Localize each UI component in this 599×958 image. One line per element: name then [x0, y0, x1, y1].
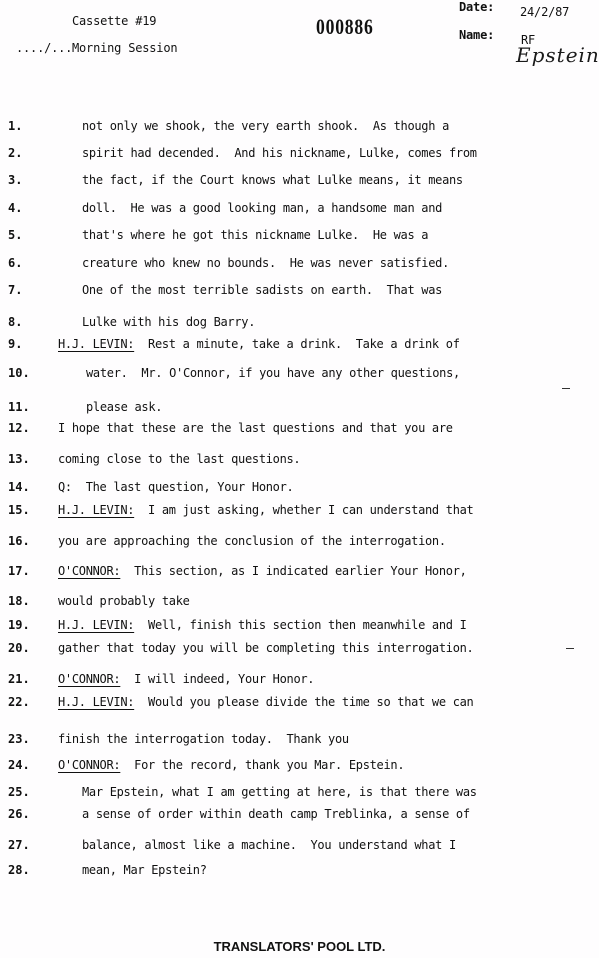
- line-content: O'CONNOR: For the record, thank you Mar.…: [58, 758, 404, 772]
- line-text: mean, Mar Epstein?: [82, 863, 207, 877]
- transcript-line: 15.H.J. LEVIN: I am just asking, whether…: [0, 503, 599, 523]
- line-number: 16.: [8, 534, 30, 548]
- transcript-line: 25.Mar Epstein, what I am getting at her…: [0, 785, 599, 805]
- speaker-name: H.J. LEVIN:: [58, 695, 134, 709]
- line-number: 1.: [8, 119, 22, 133]
- date-value: 24/2/87: [520, 5, 569, 19]
- line-content: H.J. LEVIN: Rest a minute, take a drink.…: [58, 337, 460, 351]
- session-prefix: ..../...: [16, 41, 72, 55]
- line-content: the fact, if the Court knows what Lulke …: [82, 173, 463, 187]
- line-text: Well, finish this section then meanwhile…: [134, 618, 466, 632]
- line-content: you are approaching the conclusion of th…: [58, 534, 446, 548]
- line-number: 17.: [8, 564, 30, 578]
- transcript-line: 21.O'CONNOR: I will indeed, Your Honor.: [0, 672, 599, 692]
- line-text: This section, as I indicated earlier You…: [120, 564, 466, 578]
- line-content: finish the interrogation today. Thank yo…: [58, 732, 349, 746]
- speaker-name: O'CONNOR:: [58, 564, 120, 578]
- line-text: not only we shook, the very earth shook.…: [82, 119, 449, 133]
- line-content: I hope that these are the last questions…: [58, 421, 453, 435]
- speaker-name: O'CONNOR:: [58, 672, 120, 686]
- line-number: 14.: [8, 480, 30, 494]
- handwritten-signature: Epstein: [516, 43, 599, 67]
- line-content: that's where he got this nickname Lulke.…: [82, 228, 428, 242]
- line-number: 21.: [8, 672, 30, 686]
- transcript-line: 9.H.J. LEVIN: Rest a minute, take a drin…: [0, 337, 599, 357]
- date-label: Date:: [459, 0, 494, 14]
- line-text: gather that today you will be completing…: [58, 641, 473, 655]
- transcript-line: 14.Q: The last question, Your Honor.: [0, 480, 599, 500]
- transcript-line: 8.Lulke with his dog Barry.: [0, 315, 599, 335]
- line-number: 8.: [8, 315, 22, 329]
- speaker-name: O'CONNOR:: [58, 758, 120, 772]
- line-number: 13.: [8, 452, 30, 466]
- speaker-name: H.J. LEVIN:: [58, 503, 134, 517]
- line-number: 20.: [8, 641, 30, 655]
- line-number: 10.: [8, 366, 30, 380]
- transcript-line: 18.would probably take: [0, 594, 599, 614]
- line-content: not only we shook, the very earth shook.…: [82, 119, 449, 133]
- transcript-line: 6.creature who knew no bounds. He was ne…: [0, 256, 599, 276]
- line-number: 23.: [8, 732, 30, 746]
- line-text: For the record, thank you Mar. Epstein.: [120, 758, 404, 772]
- line-text: that's where he got this nickname Lulke.…: [82, 228, 428, 242]
- line-number: 11.: [8, 400, 30, 414]
- transcript-line: 11.please ask.: [0, 400, 599, 420]
- line-content: O'CONNOR: This section, as I indicated e…: [58, 564, 467, 578]
- line-text: creature who knew no bounds. He was neve…: [82, 256, 449, 270]
- line-content: spirit had decended. And his nickname, L…: [82, 146, 477, 160]
- line-text: the fact, if the Court knows what Lulke …: [82, 173, 463, 187]
- line-content: O'CONNOR: I will indeed, Your Honor.: [58, 672, 314, 686]
- line-number: 26.: [8, 807, 30, 821]
- transcript-line: 12.I hope that these are the last questi…: [0, 421, 599, 441]
- line-content: H.J. LEVIN: I am just asking, whether I …: [58, 503, 473, 517]
- line-number: 19.: [8, 618, 30, 632]
- line-content: H.J. LEVIN: Well, finish this section th…: [58, 618, 467, 632]
- line-number: 22.: [8, 695, 30, 709]
- line-number: 3.: [8, 173, 22, 187]
- name-label: Name:: [459, 28, 494, 42]
- margin-mark: [566, 648, 574, 649]
- transcript-line: 2.spirit had decended. And his nickname,…: [0, 146, 599, 166]
- transcript-line: 5.that's where he got this nickname Lulk…: [0, 228, 599, 248]
- line-content: would probably take: [58, 594, 190, 608]
- line-content: gather that today you will be completing…: [58, 641, 473, 655]
- line-text: you are approaching the conclusion of th…: [58, 534, 446, 548]
- line-number: 2.: [8, 146, 22, 160]
- line-content: H.J. LEVIN: Would you please divide the …: [58, 695, 473, 709]
- transcript-line: 16.you are approaching the conclusion of…: [0, 534, 599, 554]
- line-content: creature who knew no bounds. He was neve…: [82, 256, 449, 270]
- transcript-line: 10.water. Mr. O'Connor, if you have any …: [0, 366, 599, 386]
- line-text: I hope that these are the last questions…: [58, 421, 453, 435]
- line-text: Q: The last question, Your Honor.: [58, 480, 293, 494]
- transcript-line: 24.O'CONNOR: For the record, thank you M…: [0, 758, 599, 778]
- transcript-line: 3.the fact, if the Court knows what Lulk…: [0, 173, 599, 193]
- line-text: water. Mr. O'Connor, if you have any oth…: [86, 366, 460, 380]
- line-text: I will indeed, Your Honor.: [120, 672, 314, 686]
- line-text: spirit had decended. And his nickname, L…: [82, 146, 477, 160]
- line-content: One of the most terrible sadists on eart…: [82, 283, 442, 297]
- transcript-line: 20.gather that today you will be complet…: [0, 641, 599, 661]
- line-number: 25.: [8, 785, 30, 799]
- line-text: I am just asking, whether I can understa…: [134, 503, 473, 517]
- line-content: Lulke with his dog Barry.: [82, 315, 255, 329]
- speaker-name: H.J. LEVIN:: [58, 618, 134, 632]
- line-number: 18.: [8, 594, 30, 608]
- footer-company: TRANSLATORS' POOL LTD.: [0, 939, 599, 954]
- line-text: Rest a minute, take a drink. Take a drin…: [134, 337, 459, 351]
- session-label: Morning Session: [72, 41, 177, 55]
- transcript-line: 1.not only we shook, the very earth shoo…: [0, 119, 599, 139]
- line-text: doll. He was a good looking man, a hands…: [82, 201, 442, 215]
- line-content: balance, almost like a machine. You unde…: [82, 838, 456, 852]
- transcript-line: 7.One of the most terrible sadists on ea…: [0, 283, 599, 303]
- line-number: 6.: [8, 256, 22, 270]
- line-content: Q: The last question, Your Honor.: [58, 480, 293, 494]
- line-number: 24.: [8, 758, 30, 772]
- transcript-line: 26.a sense of order within death camp Tr…: [0, 807, 599, 827]
- line-text: finish the interrogation today. Thank yo…: [58, 732, 349, 746]
- line-text: Mar Epstein, what I am getting at here, …: [82, 785, 477, 799]
- margin-mark: [562, 388, 570, 389]
- line-text: balance, almost like a machine. You unde…: [82, 838, 456, 852]
- line-number: 4.: [8, 201, 22, 215]
- transcript-line: 28.mean, Mar Epstein?: [0, 863, 599, 883]
- transcript-line: 19.H.J. LEVIN: Well, finish this section…: [0, 618, 599, 638]
- transcript-line: 17.O'CONNOR: This section, as I indicate…: [0, 564, 599, 584]
- cassette-label: Cassette #19: [72, 14, 156, 28]
- transcript-line: 23.finish the interrogation today. Thank…: [0, 732, 599, 752]
- transcript-line: 13.coming close to the last questions.: [0, 452, 599, 472]
- transcript-page: Cassette #19 ..../... Morning Session 00…: [0, 0, 599, 958]
- document-number: 000886: [316, 14, 374, 40]
- line-content: water. Mr. O'Connor, if you have any oth…: [86, 366, 460, 380]
- line-number: 9.: [8, 337, 22, 351]
- line-content: mean, Mar Epstein?: [82, 863, 207, 877]
- line-number: 12.: [8, 421, 30, 435]
- transcript-line: 22.H.J. LEVIN: Would you please divide t…: [0, 695, 599, 715]
- line-content: please ask.: [86, 400, 162, 414]
- line-number: 5.: [8, 228, 22, 242]
- line-text: a sense of order within death camp Trebl…: [82, 807, 470, 821]
- line-content: coming close to the last questions.: [58, 452, 300, 466]
- line-text: Would you please divide the time so that…: [134, 695, 473, 709]
- line-content: doll. He was a good looking man, a hands…: [82, 201, 442, 215]
- line-text: Lulke with his dog Barry.: [82, 315, 255, 329]
- line-number: 27.: [8, 838, 30, 852]
- transcript-line: 27.balance, almost like a machine. You u…: [0, 838, 599, 858]
- line-text: One of the most terrible sadists on eart…: [82, 283, 442, 297]
- line-text: please ask.: [86, 400, 162, 414]
- line-text: coming close to the last questions.: [58, 452, 300, 466]
- line-number: 7.: [8, 283, 22, 297]
- line-content: Mar Epstein, what I am getting at here, …: [82, 785, 477, 799]
- line-number: 15.: [8, 503, 30, 517]
- speaker-name: H.J. LEVIN:: [58, 337, 134, 351]
- line-text: would probably take: [58, 594, 190, 608]
- transcript-line: 4.doll. He was a good looking man, a han…: [0, 201, 599, 221]
- line-content: a sense of order within death camp Trebl…: [82, 807, 470, 821]
- line-number: 28.: [8, 863, 30, 877]
